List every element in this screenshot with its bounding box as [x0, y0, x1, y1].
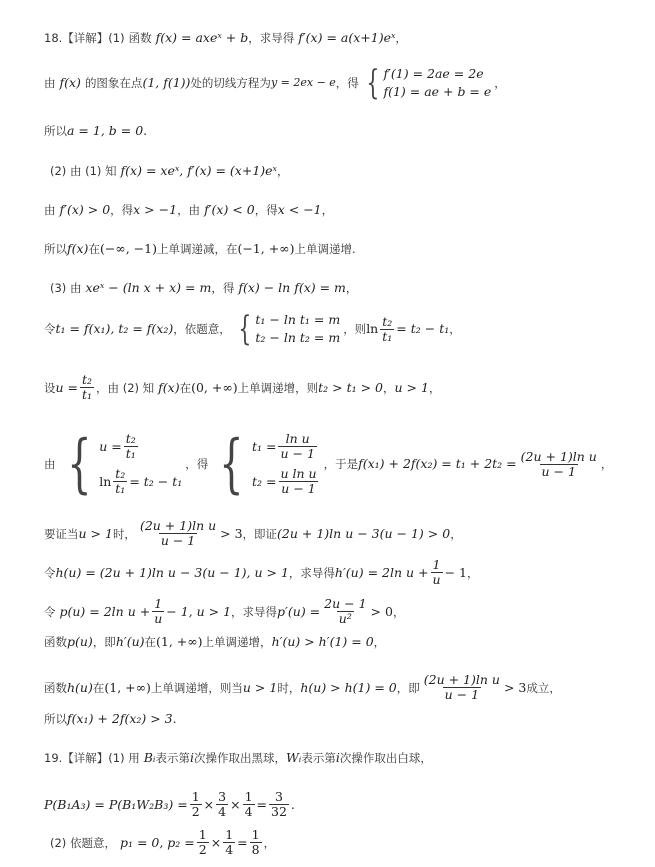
formula: t₂ > t₁ > 0 — [318, 380, 383, 396]
q18-line-3: 所以 a = 1, b = 0 . — [44, 123, 147, 139]
text: ，于是 — [324, 456, 359, 472]
text: ， — [450, 526, 462, 542]
formula: f(x) − ln f(x) = m — [238, 280, 346, 296]
text: 时， — [113, 526, 136, 542]
formula: > 0 — [371, 604, 393, 620]
fraction: 14 — [243, 790, 255, 819]
formula: t₁ − ln t₁ = m — [255, 312, 340, 328]
fraction: 18 — [250, 828, 262, 857]
text: 函数 — [44, 680, 67, 696]
text: 令 — [44, 604, 56, 620]
fraction: t₂t₁ — [124, 432, 138, 461]
q18-line-5: 由 f′(x) > 0 ，得 x > −1 ，由 f′(x) < 0 ，得 x … — [44, 202, 333, 218]
formula: f(x) = xeˣ, f′(x) = (x+1)eˣ — [121, 163, 277, 179]
text: 上单调递增， — [203, 634, 272, 650]
fraction: 34 — [216, 790, 228, 819]
text: ，即 — [397, 680, 420, 696]
formula: p(u) = 2ln u + — [60, 604, 151, 620]
q18-line-2: 由 f(x) 的图象在点 (1, f(1)) 处的切线方程为 y = 2ex −… — [44, 66, 506, 100]
q18-line-14: 函数 p(u) ，即 h′(u) 在 (1, +∞) 上单调递增， h′(u) … — [44, 634, 385, 650]
numerator: ln u — [284, 432, 312, 446]
denominator: u − 1 — [540, 464, 578, 479]
part-label: (1) — [108, 30, 124, 46]
denominator: 4 — [223, 842, 235, 857]
numerator: 2u − 1 — [322, 597, 368, 611]
text: ， — [449, 321, 461, 337]
text: 所以 — [44, 123, 67, 139]
text: ，得 — [110, 202, 133, 218]
formula: = t₂ − t₁ — [129, 474, 182, 490]
text: ， — [395, 30, 407, 46]
q18-line-15: 函数 h(u) 在 (1, +∞) 上单调递增，则当 u > 1 时， h(u)… — [44, 673, 561, 702]
denominator: t₁ — [80, 387, 94, 402]
formula: (1, +∞) — [156, 634, 203, 650]
q19-line-2: P(B₁A₃) = P(B₁W₂B₃) = 12 × 34 × 14 = 332… — [44, 790, 295, 819]
fraction: 12 — [197, 828, 209, 857]
q19-line-1: 19.【详解】 (1) 用 Bᵢ 表示第 i 次操作取出黑球， Wᵢ 表示第 i… — [44, 750, 432, 766]
formula: u = — [56, 380, 79, 396]
q18-part3-line: (3) 由 xeˣ − (ln x + x) = m ，得 f(x) − ln … — [50, 280, 357, 296]
text: 所以 — [44, 241, 67, 257]
formula: u > 1 — [243, 680, 277, 696]
formula: = t₂ − t₁ — [396, 321, 449, 337]
text: 令 — [44, 321, 56, 337]
formula: f(x) — [67, 241, 88, 257]
text: (2) 依题意， — [50, 835, 116, 851]
fraction: 1u — [431, 558, 443, 587]
formula: Bᵢ — [144, 750, 156, 766]
equation-system: { u = t₂t₁ ln t₂t₁ = t₂ − t₁ — [59, 432, 183, 496]
numerator: 1 — [197, 828, 209, 842]
text: (1) 用 — [108, 750, 139, 766]
text: ，由 (2) 知 — [96, 380, 154, 396]
text: 函数 — [129, 30, 152, 46]
formula: t₂ = — [252, 474, 276, 490]
fraction: t₂t₁ — [380, 315, 394, 344]
formula: (2u + 1)ln u − 3(u − 1) > 0 — [277, 526, 450, 542]
numerator: (2u + 1)ln u — [422, 673, 502, 687]
formula: t₂ − ln t₂ = m — [255, 330, 340, 346]
text: 次操作取出黑球， — [194, 750, 286, 766]
formula: > 3 — [504, 680, 526, 696]
fraction: (2u + 1)ln uu − 1 — [422, 673, 502, 702]
fraction: 332 — [269, 790, 289, 819]
formula: ln — [366, 321, 378, 337]
numerator: t₂ — [124, 432, 138, 446]
formula: − 1 — [445, 565, 467, 581]
text: 次操作取出白球， — [340, 750, 432, 766]
text: 在 — [180, 380, 192, 396]
text: 在 — [145, 634, 157, 650]
text: 的图象在点 — [85, 75, 143, 91]
q19-line-3: (2) 依题意， p₁ = 0, p₂ = 12 × 14 = 18 ， — [50, 828, 275, 857]
numerator: 1 — [431, 558, 443, 572]
equation-system: { t₁ = ln uu − 1 t₂ = u ln uu − 1 — [211, 432, 320, 496]
q18-line-12: 令 h(u) = (2u + 1)ln u − 3(u − 1), u > 1 … — [44, 558, 478, 587]
denominator: u² — [337, 611, 354, 626]
q18-line-6: 所以 f(x) 在 (−∞, −1) 上单调递减，在 (−1, +∞) 上单调递… — [44, 241, 356, 257]
text: ， — [322, 202, 334, 218]
text: 上单调递减，在 — [157, 241, 238, 257]
formula: (−1, +∞) — [237, 241, 294, 257]
text: (3) 由 — [50, 280, 81, 296]
numerator: t₂ — [380, 315, 394, 329]
text: ， — [601, 456, 613, 472]
text: 处的切线方程为 — [190, 75, 271, 91]
denominator: 4 — [216, 804, 228, 819]
formula: f(x) — [158, 380, 179, 396]
formula: t₁ = — [252, 439, 276, 455]
text: . — [291, 797, 295, 813]
formula: h′(u) — [116, 634, 145, 650]
text: 由 — [44, 456, 56, 472]
formula: xeˣ − (ln x + x) = m — [85, 280, 211, 296]
q18-line-1: 18.【详解】 (1) 函数 f(x) = axeˣ + b ，求导得 f′(x… — [44, 30, 407, 46]
denominator: u − 1 — [278, 446, 316, 461]
formula: f(x₁) + 2f(x₂) > 3 — [67, 711, 173, 727]
denominator: 4 — [243, 804, 255, 819]
formula: = — [257, 797, 267, 813]
text: ， — [467, 565, 479, 581]
text: ， — [346, 280, 358, 296]
formula: u > 1 — [79, 526, 113, 542]
text: ，由 — [177, 202, 200, 218]
text: 表示第 — [155, 750, 190, 766]
text: 函数 — [44, 634, 67, 650]
formula: x < −1 — [278, 202, 322, 218]
denominator: t₁ — [380, 329, 394, 344]
formula: f(1) = ae + b = e — [383, 84, 491, 100]
formula: y = 2ex − e — [271, 75, 336, 91]
formula: Wᵢ — [286, 750, 301, 766]
formula: h′(u) = 2ln u + — [335, 565, 429, 581]
text: ， — [383, 380, 395, 396]
text: ，得 — [185, 456, 208, 472]
numerator: t₂ — [113, 467, 127, 481]
text: 由 — [44, 202, 56, 218]
q18-line-11: 要证当 u > 1 时， (2u + 1)ln uu − 1 > 3 ，即证 (… — [44, 519, 462, 548]
formula: h(u) = (2u + 1)ln u − 3(u − 1), u > 1 — [56, 565, 289, 581]
formula: p(u) — [67, 634, 93, 650]
denominator: u − 1 — [159, 533, 197, 548]
q18-line-8: 令 t₁ = f(x₁), t₂ = f(x₂) ，依题意， { t₁ − ln… — [44, 312, 461, 346]
brace-icon: { — [238, 312, 251, 346]
numerator: (2u + 1)ln u — [138, 519, 218, 533]
numerator: 3 — [216, 790, 228, 804]
formula: (1, +∞) — [104, 680, 151, 696]
text: ，则 — [343, 321, 366, 337]
formula: = — [237, 835, 247, 851]
q18-part2-line: (2) 由 (1) 知 f(x) = xeˣ, f′(x) = (x+1)eˣ … — [50, 163, 288, 179]
text: 表示第 — [301, 750, 336, 766]
q18-line-16: 所以 f(x₁) + 2f(x₂) > 3 . — [44, 711, 177, 727]
text: ， — [393, 604, 405, 620]
text: . — [173, 711, 177, 727]
fraction: 12 — [190, 790, 202, 819]
denominator: u − 1 — [443, 687, 481, 702]
formula: > 3 — [220, 526, 242, 542]
q19-header: 19.【详解】 — [44, 750, 108, 766]
formula: f′(x) < 0 — [204, 202, 255, 218]
formula: (0, +∞) — [191, 380, 238, 396]
text: 上单调递增，则当 — [151, 680, 243, 696]
text: ， — [374, 634, 386, 650]
brace-icon: { — [67, 432, 91, 496]
formula: P(B₁A₃) = P(B₁W₂B₃) = — [44, 797, 188, 813]
text: ， — [429, 380, 441, 396]
text: ，求导得 — [248, 30, 294, 46]
text: ，即证 — [243, 526, 278, 542]
numerator: 1 — [243, 790, 255, 804]
fraction: u ln uu − 1 — [278, 467, 318, 496]
text: ， — [494, 75, 506, 91]
text: 要证当 — [44, 526, 79, 542]
formula: ln — [99, 474, 111, 490]
text: ，求导得 — [289, 565, 335, 581]
text: 由 — [44, 75, 56, 91]
q18-line-10: 由 { u = t₂t₁ ln t₂t₁ = t₂ − t₁ ，得 { t₁ =… — [44, 432, 612, 496]
formula: a = 1, b = 0 — [67, 123, 143, 139]
formula: h(u) > h(1) = 0 — [300, 680, 396, 696]
denominator: u — [431, 572, 443, 587]
equation-system: { t₁ − ln t₁ = m t₂ − ln t₂ = m — [234, 312, 340, 346]
fraction: t₂t₁ — [80, 373, 94, 402]
formula: f′(1) = 2ae = 2e — [383, 66, 491, 82]
numerator: 3 — [273, 790, 285, 804]
text: 成立， — [526, 680, 561, 696]
text: ，求导得 — [231, 604, 277, 620]
brace-icon: { — [219, 432, 243, 496]
text: . — [143, 123, 147, 139]
q18-line-9: 设 u = t₂t₁ ，由 (2) 知 f(x) 在 (0, +∞) 上单调递增… — [44, 373, 440, 402]
text: (2) 由 (1) 知 — [50, 163, 117, 179]
text: ，得 — [211, 280, 234, 296]
formula: x > −1 — [133, 202, 177, 218]
formula: × — [211, 835, 221, 851]
text: 所以 — [44, 711, 67, 727]
fraction: 14 — [223, 828, 235, 857]
denominator: t₁ — [113, 481, 127, 496]
text: 在 — [88, 241, 100, 257]
fraction: 1u — [152, 597, 164, 626]
brace-icon: { — [366, 66, 379, 100]
text: 时， — [277, 680, 300, 696]
formula: f(x) = axeˣ + b — [156, 30, 249, 46]
equation-system: { f′(1) = 2ae = 2e f(1) = ae + b = e — [362, 66, 491, 100]
denominator: 8 — [250, 842, 262, 857]
fraction: 2u − 1u² — [322, 597, 368, 626]
denominator: 2 — [197, 842, 209, 857]
text: 令 — [44, 565, 56, 581]
denominator: t₁ — [124, 446, 138, 461]
formula: h(u) — [67, 680, 93, 696]
denominator: 2 — [190, 804, 202, 819]
formula: − 1, u > 1 — [166, 604, 231, 620]
fraction: (2u + 1)ln uu − 1 — [519, 450, 599, 479]
formula: f′(x) > 0 — [60, 202, 111, 218]
formula: f(x₁) + 2f(x₂) = t₁ + 2t₂ = — [358, 456, 517, 472]
formula: u = — [99, 439, 122, 455]
fraction: ln uu − 1 — [278, 432, 316, 461]
formula: p′(u) = — [277, 604, 320, 620]
text: 上单调递增，则 — [238, 380, 319, 396]
text: ，依题意， — [173, 321, 231, 337]
numerator: 1 — [152, 597, 164, 611]
formula: h′(u) > h′(1) = 0 — [272, 634, 374, 650]
q18-line-13: 令 p(u) = 2ln u + 1u − 1, u > 1 ，求导得 p′(u… — [44, 597, 404, 626]
formula: × — [230, 797, 240, 813]
numerator: t₂ — [80, 373, 94, 387]
formula: (−∞, −1) — [100, 241, 157, 257]
text: ，得 — [336, 75, 359, 91]
numerator: 1 — [250, 828, 262, 842]
numerator: u ln u — [278, 467, 318, 481]
formula: (1, f(1)) — [142, 75, 190, 91]
formula: p₁ = 0, p₂ = — [120, 835, 195, 851]
text: 设 — [44, 380, 56, 396]
fraction: (2u + 1)ln uu − 1 — [138, 519, 218, 548]
formula: × — [204, 797, 214, 813]
q18-header: 18.【详解】 — [44, 30, 108, 46]
numerator: 1 — [223, 828, 235, 842]
numerator: (2u + 1)ln u — [519, 450, 599, 464]
text: ， — [264, 835, 276, 851]
denominator: 32 — [269, 804, 289, 819]
text: 上单调递增. — [294, 241, 355, 257]
denominator: u − 1 — [279, 481, 317, 496]
formula: t₁ = f(x₁), t₂ = f(x₂) — [56, 321, 174, 337]
formula: u > 1 — [395, 380, 429, 396]
text: ， — [277, 163, 289, 179]
text: ，得 — [255, 202, 278, 218]
formula: f′(x) = a(x+1)eˣ — [298, 30, 395, 46]
formula: f(x) — [60, 75, 81, 91]
text: 在 — [93, 680, 105, 696]
denominator: u — [152, 611, 164, 626]
fraction: t₂t₁ — [113, 467, 127, 496]
text: ，即 — [93, 634, 116, 650]
numerator: 1 — [190, 790, 202, 804]
